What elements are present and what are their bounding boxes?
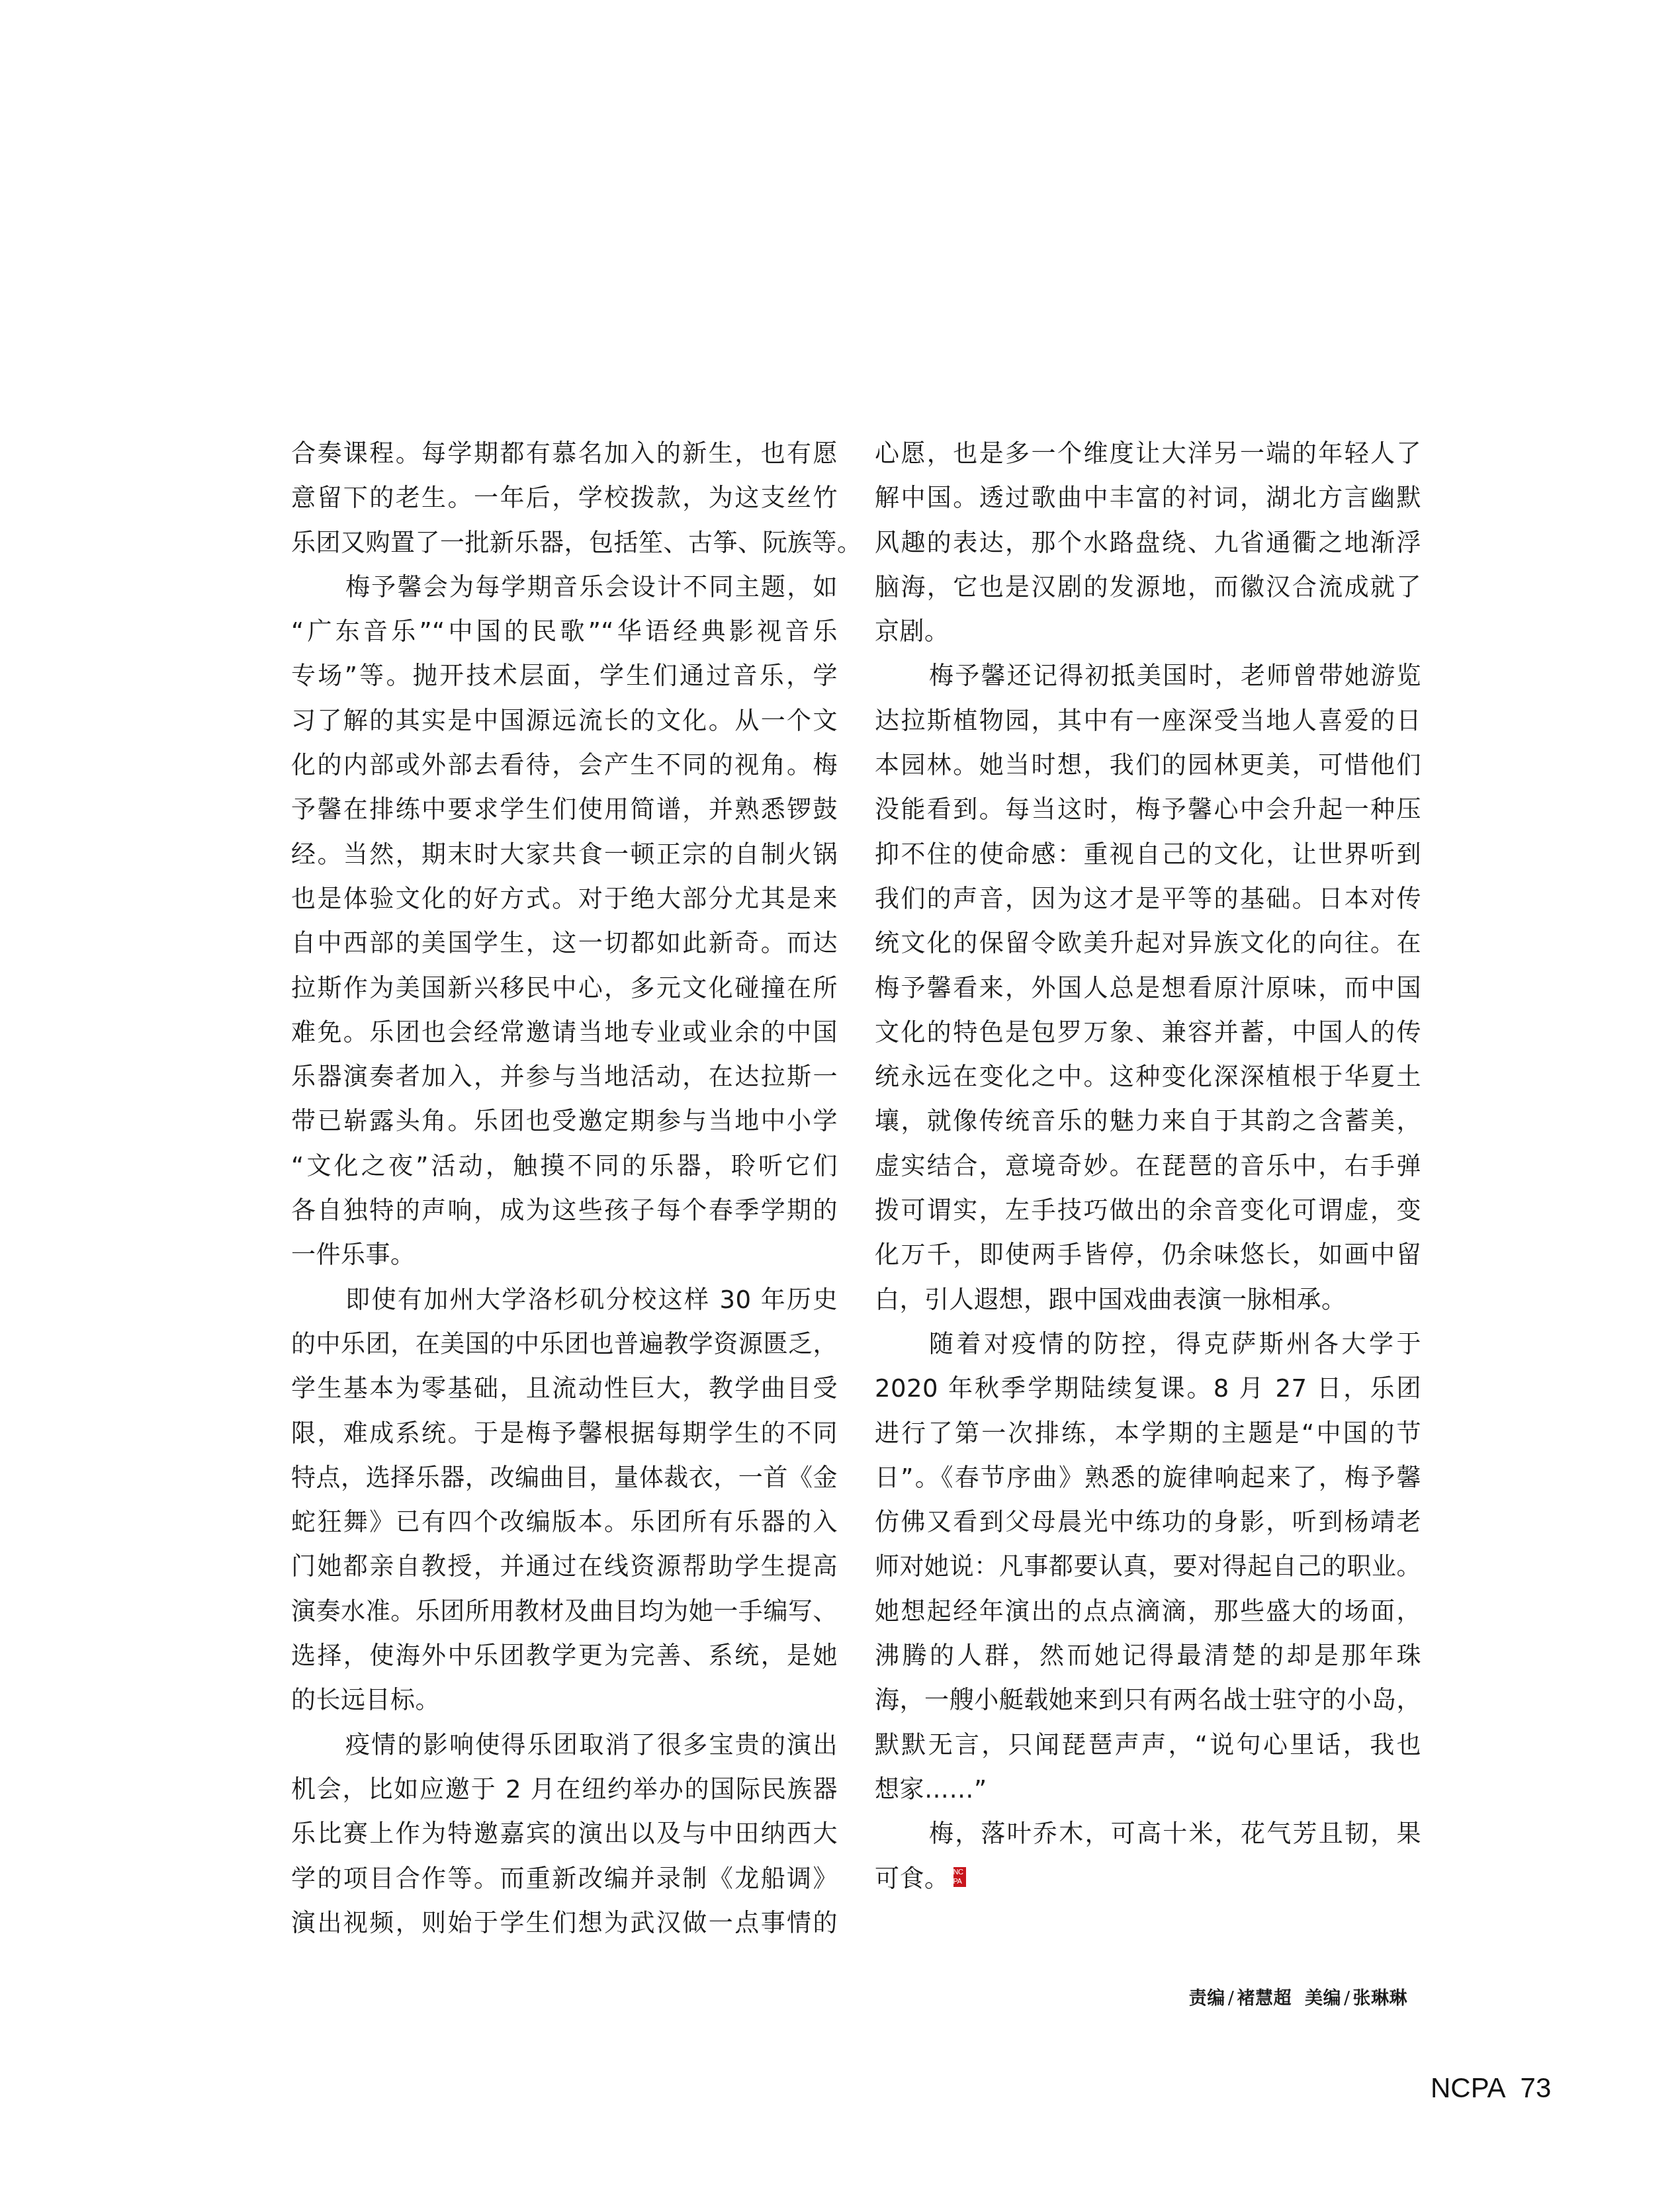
text-line: 统永远在变化之中。这种变化深深植根于华夏土 [875, 1055, 1421, 1099]
text-line: 抑不住的使命感：重视自己的文化，让世界听到 [875, 832, 1421, 877]
text-line-content: 即使有加州大学洛杉矶分校这样 30 年历史 [345, 1286, 838, 1314]
text-line-content: 限，难成系统。于是梅予馨根据每期学生的不同 [291, 1419, 838, 1448]
text-line-content: 意留下的老生。一年后，学校拨款，为这支丝竹 [291, 484, 838, 512]
text-line-content: 自中西部的美国学生，这一切都如此新奇。而达 [291, 929, 838, 957]
text-line-content: 可食。 [875, 1864, 950, 1893]
text-line-content: 选择，使海外中乐团教学更为完善、系统，是她 [291, 1641, 838, 1670]
text-line: “文化之夜”活动，触摸不同的乐器，聆听它们 [291, 1144, 838, 1188]
text-line-content: 蛇狂舞》已有四个改编版本。乐团所有乐器的入 [291, 1508, 838, 1536]
designer-label: 美编 [1305, 1988, 1341, 2009]
text-line-content: 梅，落叶乔木，可高十米，花气芳且韧，果 [929, 1819, 1421, 1848]
text-line: 她想起经年演出的点点滴滴，那些盛大的场面， [875, 1589, 1421, 1634]
text-line: 我们的声音，因为这才是平等的基础。日本对传 [875, 877, 1421, 921]
text-line: 乐团又购置了一批新乐器，包括笙、古筝、阮族等。 [291, 521, 838, 565]
text-line-content: 日”。《春节序曲》熟悉的旋律响起来了，梅予馨 [875, 1464, 1421, 1492]
text-line: 化万千，即使两手皆停，仍余味悠长，如画中留 [875, 1233, 1421, 1277]
text-line: 各自独特的声响，成为这些孩子每个春季学期的 [291, 1188, 838, 1233]
text-line: 日”。《春节序曲》熟悉的旋律响起来了，梅予馨 [875, 1456, 1421, 1500]
end-mark-top: NC [953, 1868, 966, 1877]
text-line-content: 师对她说：凡事都要认真，要对得起自己的职业。 [875, 1552, 1421, 1581]
text-line-content: “文化之夜”活动，触摸不同的乐器，聆听它们 [291, 1152, 838, 1180]
text-line-content: 没能看到。每当这时，梅予馨心中会升起一种压 [875, 795, 1421, 824]
text-line: 疫情的影响使得乐团取消了很多宝贵的演出 [291, 1723, 838, 1767]
text-line: 特点，选择乐器，改编曲目，量体裁衣，一首《金 [291, 1456, 838, 1500]
text-line: 蛇狂舞》已有四个改编版本。乐团所有乐器的入 [291, 1500, 838, 1544]
text-line-content: 演奏水准。乐团所用教材及曲目均为她一手编写、 [291, 1597, 838, 1626]
text-line-content: 白，引人遐想，跟中国戏曲表演一脉相承。 [875, 1286, 1347, 1314]
text-line-content: 带已崭露头角。乐团也受邀定期参与当地中小学 [291, 1107, 838, 1135]
text-line: 进行了第一次排练，本学期的主题是“中国的节 [875, 1411, 1421, 1456]
text-line: 门她都亲自教授，并通过在线资源帮助学生提高 [291, 1544, 838, 1589]
text-line-content: 解中国。透过歌曲中丰富的衬词，湖北方言幽默 [875, 484, 1421, 512]
text-line-content: 心愿，也是多一个维度让大洋另一端的年轻人了 [875, 439, 1421, 468]
text-line: 学的项目合作等。而重新改编并录制《龙船调》 [291, 1857, 838, 1901]
text-line: 演奏水准。乐团所用教材及曲目均为她一手编写、 [291, 1589, 838, 1634]
text-line: 专场”等。抛开技术层面，学生们通过音乐，学 [291, 654, 838, 698]
text-line: 梅予馨会为每学期音乐会设计不同主题，如 [291, 565, 838, 609]
credit-separator: / [1228, 1988, 1235, 2009]
text-line-content: 学生基本为零基础，且流动性巨大，教学曲目受 [291, 1374, 838, 1403]
page-folio: NCPA73 [1431, 2072, 1551, 2104]
text-line: 没能看到。每当这时，梅予馨心中会升起一种压 [875, 787, 1421, 832]
text-line-content: 京剧。 [875, 617, 950, 646]
text-line: 演出视频，则始于学生们想为武汉做一点事情的 [291, 1901, 838, 1945]
text-line-content: 一件乐事。 [291, 1241, 416, 1269]
text-line-content: 疫情的影响使得乐团取消了很多宝贵的演出 [345, 1731, 838, 1759]
text-line: 师对她说：凡事都要认真，要对得起自己的职业。 [875, 1544, 1421, 1589]
text-line: 心愿，也是多一个维度让大洋另一端的年轻人了 [875, 431, 1421, 476]
text-line-content: 虚实结合，意境奇妙。在琵琶的音乐中，右手弹 [875, 1152, 1421, 1180]
text-line: 学生基本为零基础，且流动性巨大，教学曲目受 [291, 1366, 838, 1411]
text-line-content: 拨可谓实，左手技巧做出的余音变化可谓虚，变 [875, 1196, 1421, 1225]
text-line: 机会，比如应邀于 2 月在纽约举办的国际民族器 [291, 1767, 838, 1812]
text-line: 梅予馨还记得初抵美国时，老师曾带她游览 [875, 654, 1421, 698]
text-line: 选择，使海外中乐团教学更为完善、系统，是她 [291, 1634, 838, 1678]
text-line: 默默无言，只闻琵琶声声，“说句心里话，我也 [875, 1723, 1421, 1767]
text-line-content: 也是体验文化的好方式。对于绝大部分尤其是来 [291, 885, 838, 913]
text-line: 的中乐团，在美国的中乐团也普遍教学资源匮乏， [291, 1322, 838, 1366]
text-line-content: 化万千，即使两手皆停，仍余味悠长，如画中留 [875, 1241, 1421, 1269]
text-line: 乐器演奏者加入，并参与当地活动，在达拉斯一 [291, 1055, 838, 1099]
text-line-content: 默默无言，只闻琵琶声声，“说句心里话，我也 [875, 1731, 1421, 1759]
text-line: 文化的特色是包罗万象、兼容并蓄，中国人的传 [875, 1010, 1421, 1055]
text-line: 可食。NCPA [875, 1857, 1421, 1901]
text-line-content: 沸腾的人群，然而她记得最清楚的却是那年珠 [875, 1641, 1421, 1670]
text-line: 仿佛又看到父母晨光中练功的身影，听到杨靖老 [875, 1500, 1421, 1544]
text-line-content: 想家……” [875, 1775, 987, 1804]
editor-name: 褚慧超 [1237, 1988, 1292, 2009]
text-line-content: 经。当然，期末时大家共食一顿正宗的自制火锅 [291, 840, 838, 869]
text-line-content: 统文化的保留令欧美升起对异族文化的向往。在 [875, 929, 1421, 957]
text-line-content: 乐器演奏者加入，并参与当地活动，在达拉斯一 [291, 1063, 838, 1091]
text-line-content: “广东音乐”“中国的民歌”“华语经典影视音乐 [291, 617, 838, 646]
text-line: 限，难成系统。于是梅予馨根据每期学生的不同 [291, 1411, 838, 1456]
credit-separator: / [1344, 1988, 1350, 2009]
magazine-name: NCPA [1431, 2072, 1506, 2103]
text-line: 一件乐事。 [291, 1233, 838, 1277]
text-line-content: 予馨在排练中要求学生们使用简谱，并熟悉锣鼓 [291, 795, 838, 824]
text-line-content: 梅予馨看来，外国人总是想看原汁原味，而中国 [875, 974, 1421, 1002]
text-line-content: 抑不住的使命感：重视自己的文化，让世界听到 [875, 840, 1421, 869]
text-line: 壤，就像传统音乐的魅力来自于其韵之含蓄美， [875, 1099, 1421, 1143]
text-line: 经。当然，期末时大家共食一顿正宗的自制火锅 [291, 832, 838, 877]
text-line: 想家……” [875, 1767, 1421, 1812]
text-line-content: 2020 年秋季学期陆续复课。8 月 27 日，乐团 [875, 1374, 1421, 1403]
text-line-content: 专场”等。抛开技术层面，学生们通过音乐，学 [291, 662, 838, 690]
text-line: 本园林。她当时想，我们的园林更美，可惜他们 [875, 743, 1421, 787]
text-line: 化的内部或外部去看待，会产生不同的视角。梅 [291, 743, 838, 787]
text-line: 难免。乐团也会经常邀请当地专业或业余的中国 [291, 1010, 838, 1055]
text-line: 的长远目标。 [291, 1678, 838, 1722]
text-line-content: 演出视频，则始于学生们想为武汉做一点事情的 [291, 1909, 838, 1937]
text-line-content: 门她都亲自教授，并通过在线资源帮助学生提高 [291, 1552, 838, 1581]
text-line: 乐比赛上作为特邀嘉宾的演出以及与中田纳西大 [291, 1812, 838, 1856]
text-line: 京剧。 [875, 609, 1421, 654]
text-line-content: 梅予馨会为每学期音乐会设计不同主题，如 [345, 573, 838, 601]
text-line-content: 脑海，它也是汉剧的发源地，而徽汉合流成就了 [875, 573, 1421, 601]
text-line-content: 难免。乐团也会经常邀请当地专业或业余的中国 [291, 1018, 838, 1047]
text-line: 即使有加州大学洛杉矶分校这样 30 年历史 [291, 1278, 838, 1322]
text-line-content: 机会，比如应邀于 2 月在纽约举办的国际民族器 [291, 1775, 838, 1804]
text-line: 拨可谓实，左手技巧做出的余音变化可谓虚，变 [875, 1188, 1421, 1233]
text-line: 海，一艘小艇载她来到只有两名战士驻守的小岛， [875, 1678, 1421, 1722]
text-line-content: 统永远在变化之中。这种变化深深植根于华夏土 [875, 1063, 1421, 1091]
text-line: 意留下的老生。一年后，学校拨款，为这支丝竹 [291, 476, 838, 520]
text-line-content: 的长远目标。 [291, 1686, 440, 1714]
text-line: 风趣的表达，那个水路盘绕、九省通衢之地渐浮 [875, 521, 1421, 565]
text-line-content: 的中乐团，在美国的中乐团也普遍教学资源匮乏， [291, 1330, 838, 1358]
text-line-content: 进行了第一次排练，本学期的主题是“中国的节 [875, 1419, 1421, 1448]
text-line: 沸腾的人群，然而她记得最清楚的却是那年珠 [875, 1634, 1421, 1678]
editor-credits: 责编/褚慧超美编/张琳琳 [1189, 1984, 1407, 2009]
text-line: 合奏课程。每学期都有慕名加入的新生，也有愿 [291, 431, 838, 476]
text-line: 2020 年秋季学期陆续复课。8 月 27 日，乐团 [875, 1366, 1421, 1411]
text-line: 梅，落叶乔木，可高十米，花气芳且韧，果 [875, 1812, 1421, 1856]
text-line-content: 文化的特色是包罗万象、兼容并蓄，中国人的传 [875, 1018, 1421, 1047]
text-line: 也是体验文化的好方式。对于绝大部分尤其是来 [291, 877, 838, 921]
text-line-content: 本园林。她当时想，我们的园林更美，可惜他们 [875, 751, 1421, 779]
text-line: 梅予馨看来，外国人总是想看原汁原味，而中国 [875, 966, 1421, 1010]
text-line: 解中国。透过歌曲中丰富的衬词，湖北方言幽默 [875, 476, 1421, 520]
text-line-content: 化的内部或外部去看待，会产生不同的视角。梅 [291, 751, 838, 779]
text-line-content: 海，一艘小艇载她来到只有两名战士驻守的小岛， [875, 1686, 1421, 1714]
editor-label: 责编 [1189, 1988, 1225, 2009]
text-line: 自中西部的美国学生，这一切都如此新奇。而达 [291, 921, 838, 965]
text-line-content: 合奏课程。每学期都有慕名加入的新生，也有愿 [291, 439, 838, 468]
text-line: 脑海，它也是汉剧的发源地，而徽汉合流成就了 [875, 565, 1421, 609]
text-line-content: 特点，选择乐器，改编曲目，量体裁衣，一首《金 [291, 1464, 838, 1492]
text-line-content: 随着对疫情的防控，得克萨斯州各大学于 [929, 1330, 1421, 1358]
text-line: 拉斯作为美国新兴移民中心，多元文化碰撞在所 [291, 966, 838, 1010]
text-line: “广东音乐”“中国的民歌”“华语经典影视音乐 [291, 609, 838, 654]
text-line-content: 乐团又购置了一批新乐器，包括笙、古筝、阮族等。 [291, 529, 862, 557]
text-line: 随着对疫情的防控，得克萨斯州各大学于 [875, 1322, 1421, 1366]
text-line: 带已崭露头角。乐团也受邀定期参与当地中小学 [291, 1099, 838, 1143]
end-mark-bottom: PA [953, 1877, 966, 1886]
text-line: 达拉斯植物园，其中有一座深受当地人喜爱的日 [875, 699, 1421, 743]
text-line-content: 我们的声音，因为这才是平等的基础。日本对传 [875, 885, 1421, 913]
text-line-content: 习了解的其实是中国源远流长的文化。从一个文 [291, 707, 838, 735]
text-line-content: 各自独特的声响，成为这些孩子每个春季学期的 [291, 1196, 838, 1225]
text-line: 统文化的保留令欧美升起对异族文化的向往。在 [875, 921, 1421, 965]
ncpa-end-mark-icon: NCPA [953, 1867, 966, 1887]
text-line-content: 风趣的表达，那个水路盘绕、九省通衢之地渐浮 [875, 529, 1421, 557]
designer-name: 张琳琳 [1353, 1988, 1408, 2009]
text-line-content: 达拉斯植物园，其中有一座深受当地人喜爱的日 [875, 707, 1421, 735]
article-column-right: 心愿，也是多一个维度让大洋另一端的年轻人了解中国。透过歌曲中丰富的衬词，湖北方言… [875, 431, 1421, 1901]
text-line-content: 学的项目合作等。而重新改编并录制《龙船调》 [291, 1864, 838, 1893]
text-line-content: 仿佛又看到父母晨光中练功的身影，听到杨靖老 [875, 1508, 1421, 1536]
text-line-content: 拉斯作为美国新兴移民中心，多元文化碰撞在所 [291, 974, 838, 1002]
text-line-content: 梅予馨还记得初抵美国时，老师曾带她游览 [929, 662, 1421, 690]
text-line-content: 乐比赛上作为特邀嘉宾的演出以及与中田纳西大 [291, 1819, 838, 1848]
text-line-content: 壤，就像传统音乐的魅力来自于其韵之含蓄美， [875, 1107, 1421, 1135]
text-line-content: 她想起经年演出的点点滴滴，那些盛大的场面， [875, 1597, 1421, 1626]
text-line: 白，引人遐想，跟中国戏曲表演一脉相承。 [875, 1278, 1421, 1322]
page-number: 73 [1521, 2072, 1552, 2103]
text-line: 虚实结合，意境奇妙。在琵琶的音乐中，右手弹 [875, 1144, 1421, 1188]
text-line: 习了解的其实是中国源远流长的文化。从一个文 [291, 699, 838, 743]
article-column-left: 合奏课程。每学期都有慕名加入的新生，也有愿意留下的老生。一年后，学校拨款，为这支… [291, 431, 838, 1945]
text-line: 予馨在排练中要求学生们使用简谱，并熟悉锣鼓 [291, 787, 838, 832]
